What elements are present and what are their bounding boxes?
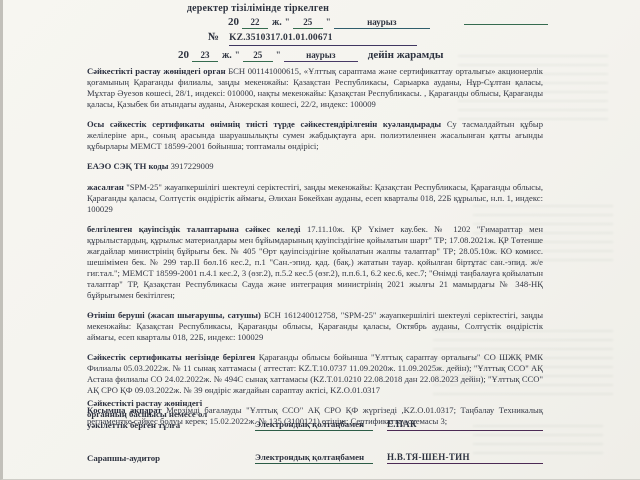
year-word: ж. (222, 50, 232, 61)
signer-role: Сәйкестікті растау жөніндегі органның ба… (87, 398, 255, 431)
paragraph-product: Осы сәйкестік сертификаты өнімнің тиісті… (87, 119, 543, 152)
valid-month-field: наурыз (284, 50, 358, 62)
signature-method: Электрондық қолтаңбамен (255, 452, 373, 464)
signer-name: Е.ПАК (387, 419, 543, 431)
issue-date-row: 20 22 ж. " 25 " наурыз (228, 16, 548, 29)
paragraph-lead: ЕАЭО СЭҚ ТН коды (87, 161, 168, 171)
paragraph-text: "SPM-25" жауапкершілігі шектеулі серікте… (87, 182, 543, 214)
registry-header: деректер тізілімінде тіркелген 20 22 ж. … (3, 0, 640, 64)
open-quote: " (285, 17, 290, 27)
certificate-number-row: № KZ.3510317.01.01.00671 (208, 31, 417, 46)
paragraph-applicant: Өтініш беруші (жасап шығарушы, сатушы) Б… (87, 310, 543, 343)
signature-row-expert-auditor: Сарапшы-аудитор Электрондық қолтаңбамен … (87, 452, 543, 464)
signer-role-line: Сарапшы-аудитор (87, 453, 255, 464)
paragraph-lead: белгіленген қауіпсіздік талаптарына сәйк… (87, 224, 301, 234)
close-quote: " (326, 17, 331, 27)
paragraph-text: 3917229009 (171, 161, 214, 171)
paragraph-certification-body: Сәйкестікті растау жөніндегі орган БСН 0… (87, 66, 543, 110)
signature-row-head-of-body: Сәйкестікті растау жөніндегі органның ба… (87, 398, 543, 431)
signature-section: Сәйкестікті растау жөніндегі органның ба… (87, 398, 543, 464)
valid-year-field: 23 (192, 50, 218, 62)
certificate-number: KZ.3510317.01.01.00671 (229, 33, 417, 46)
issue-year-prefix: 20 (228, 16, 239, 28)
issue-day-field: 25 (293, 17, 323, 29)
valid-day-field: 25 (243, 50, 273, 62)
registry-note: деректер тізілімінде тіркелген (143, 3, 373, 14)
paragraph-tn-code: ЕАЭО СЭҚ ТН коды 3917229009 (87, 161, 543, 172)
valid-until-row: 20 23 ж. " 25 " наурыз дейін жарамды (178, 49, 443, 62)
number-sign: № (208, 31, 219, 43)
signature-method: Электрондық қолтаңбамен (255, 419, 373, 431)
close-quote: " (276, 50, 281, 60)
paragraph-lead: Өтініш беруші (жасап шығарушы, сатушы) (87, 310, 261, 320)
issue-month-field: наурыз (334, 17, 430, 29)
signer-role-line: органның басшысы немесе ол (87, 409, 255, 420)
signer-role-line: Сәйкестікті растау жөніндегі (87, 398, 255, 409)
certificate-scan-page: деректер тізілімінде тіркелген 20 22 ж. … (0, 0, 640, 480)
signer-role-line: уәкілеттік берген тұлға (87, 420, 255, 431)
paragraph-text: 17.11.10ж. ҚР Үкімет кау.бек. № 1202 "Ғи… (87, 224, 543, 300)
paragraph-lead: Осы сәйкестік сертификаты өнімнің тиісті… (87, 119, 441, 129)
paragraph-basis: Сәйкестік сертификаты негізінде берілген… (87, 352, 543, 396)
year-word: ж. (272, 17, 282, 28)
paragraph-requirements: белгіленген қауіпсіздік талаптарына сәйк… (87, 224, 543, 301)
signer-name: Н.В.ТЯ-ШЕН-ТИН (387, 452, 543, 464)
ruled-blank-line (464, 23, 548, 25)
paragraph-lead: Сәйкестік сертификаты негізінде берілген (87, 352, 255, 362)
paragraph-lead: Сәйкестікті растау жөніндегі орган (87, 66, 226, 76)
valid-year-prefix: 20 (178, 49, 189, 61)
certificate-body: Сәйкестікті растау жөніндегі орган БСН 0… (87, 66, 543, 436)
signer-role: Сарапшы-аудитор (87, 453, 255, 464)
valid-until-label: дейін жарамды (368, 49, 444, 61)
open-quote: " (235, 50, 240, 60)
issue-year-field: 22 (242, 17, 268, 29)
paragraph-lead: жасалған (87, 182, 124, 192)
paragraph-manufacturer: жасалған "SPM-25" жауапкершілігі шектеул… (87, 182, 543, 215)
